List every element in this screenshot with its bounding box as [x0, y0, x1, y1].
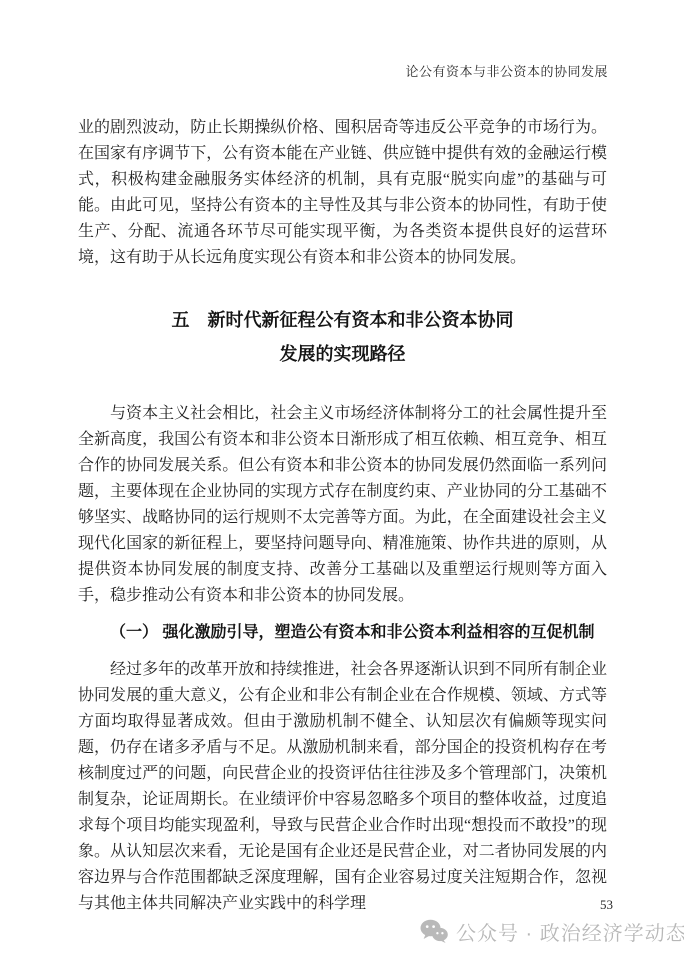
running-title: 论公有资本与非公资本的协同发展: [405, 61, 608, 80]
section-heading-line1: 五 新时代新征程公有资本和非公资本协同: [78, 303, 607, 337]
watermark: 公众号 · 政治经济学动态: [420, 917, 684, 946]
page-number: 53: [600, 897, 613, 913]
paragraph-3: 经过多年的改革开放和持续推进，社会各界逐渐认识到不同所有制企业协同发展的重大意义…: [78, 657, 607, 917]
section-heading: 五 新时代新征程公有资本和非公资本协同 发展的实现路径: [78, 303, 607, 371]
watermark-text: 公众号 · 政治经济学动态: [456, 917, 684, 946]
paragraph-1: 业的剧烈波动，防止长期操纵价格、囤积居奇等违反公平竞争的市场行为。在国家有序调节…: [78, 115, 607, 271]
section-heading-line2: 发展的实现路径: [78, 337, 607, 371]
paragraph-2: 与资本主义社会相比，社会主义市场经济体制将分工的社会属性提升至全新高度，我国公有…: [78, 401, 607, 609]
wechat-icon: [420, 919, 448, 944]
document-page: 论公有资本与非公资本的协同发展 业的剧烈波动，防止长期操纵价格、囤积居奇等违反公…: [0, 0, 684, 962]
subsection-heading: （一） 强化激励引导，塑造公有资本和非公资本利益相容的互促机制: [78, 620, 607, 646]
